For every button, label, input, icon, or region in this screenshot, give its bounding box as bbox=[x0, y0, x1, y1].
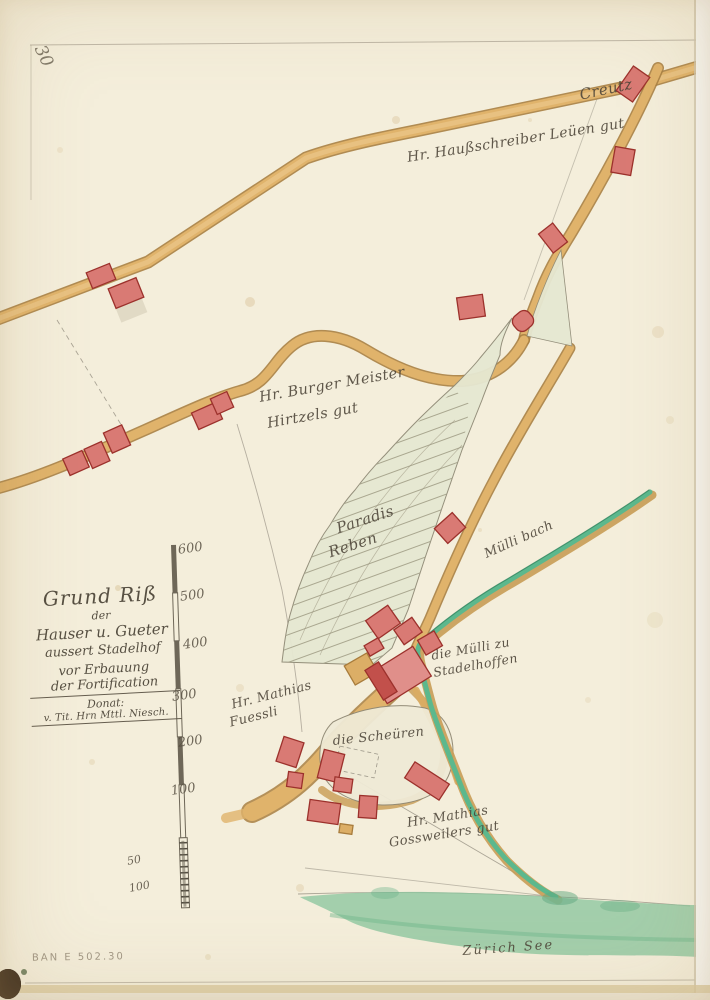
building bbox=[307, 799, 341, 824]
building bbox=[86, 263, 116, 288]
building bbox=[358, 795, 377, 818]
map-artwork bbox=[0, 0, 710, 1000]
catalog-number: BAN E 502.30 bbox=[32, 951, 125, 964]
building bbox=[611, 146, 635, 175]
title-block: Grund Riß der Hauser u. Gueter aussert S… bbox=[24, 580, 181, 727]
building bbox=[276, 736, 304, 767]
building-tan bbox=[339, 824, 353, 835]
scale-sublabel-50: 50 bbox=[126, 853, 142, 868]
building bbox=[457, 294, 486, 319]
building bbox=[287, 772, 304, 789]
map-sheet: 30 Creutz Hr. Haußschreiber Leüen gut Hr… bbox=[0, 0, 710, 1000]
building bbox=[333, 777, 353, 793]
